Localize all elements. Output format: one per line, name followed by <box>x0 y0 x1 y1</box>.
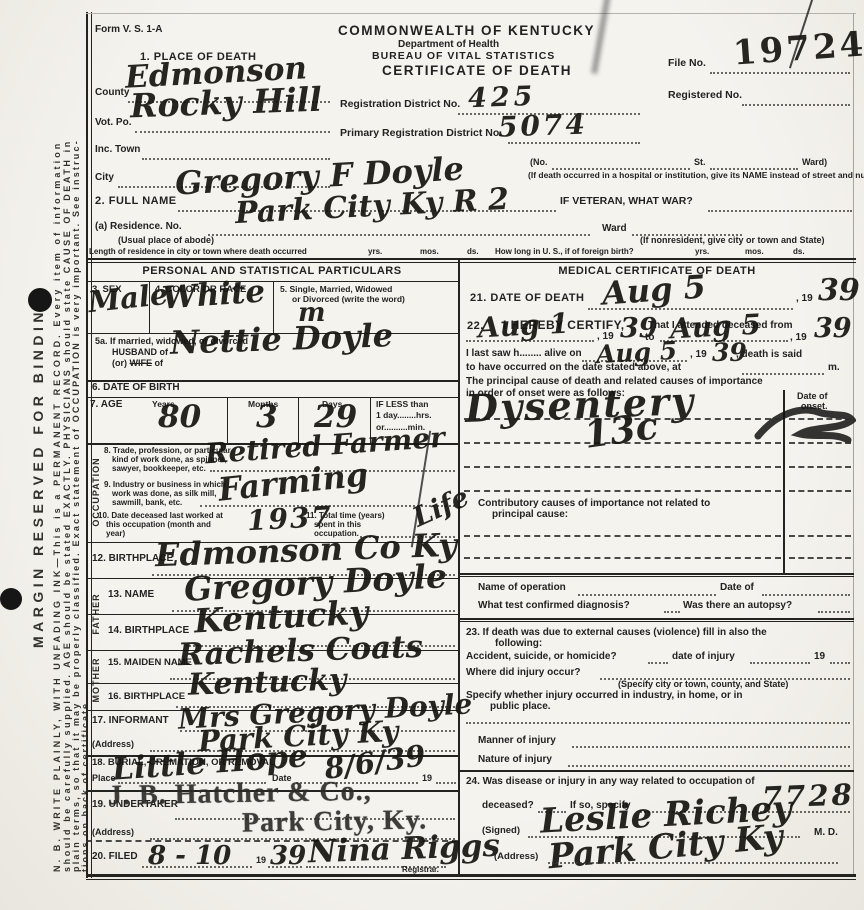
file-no-value: 19724 <box>732 27 864 70</box>
ds-label: ds. <box>467 248 479 256</box>
spouse-label-3: (or) WIFE of <box>112 359 163 368</box>
dot-leader <box>750 662 810 664</box>
filed-label: 20. FILED <box>92 852 138 863</box>
dot-leader <box>436 782 456 784</box>
test-label: What test confirmed diagnosis? <box>478 601 630 612</box>
race-value: White <box>161 276 266 314</box>
street-hint-no: (No. <box>530 158 548 167</box>
form-number: Form V. S. 1-A <box>95 25 162 36</box>
contributory-label-2: principal cause: <box>492 510 568 521</box>
cause-of-death-value: Dysentery <box>464 382 695 428</box>
dob-label: 6. DATE OF BIRTH <box>92 383 180 394</box>
operation-date-label: Date of <box>720 583 754 594</box>
age-years-value: 80 <box>158 402 201 433</box>
cause-line <box>789 557 851 559</box>
punch-hole <box>28 288 52 312</box>
father-name-label: 13. NAME <box>108 590 154 601</box>
registered-no-label: Registered No. <box>668 90 742 101</box>
occupation-question-label: 24. Was disease or injury in any way rel… <box>466 777 755 788</box>
age-less-line1: IF LESS than <box>376 400 428 409</box>
how-long-us-label: How long in U. S., if of foreign birth? <box>495 248 634 256</box>
commonwealth-title: COMMONWEALTH OF KENTUCKY <box>338 24 595 38</box>
bureau-line: BUREAU OF VITAL STATISTICS <box>372 51 555 62</box>
personal-section-title: PERSONAL AND STATISTICAL PARTICULARS <box>86 266 458 278</box>
dot-leader <box>208 234 590 236</box>
registration-district-value: 425 <box>468 83 537 112</box>
form-top-border <box>86 13 856 14</box>
date-of-death-value: Aug 5 <box>601 270 707 309</box>
dot-leader <box>710 72 850 74</box>
yrs-label: yrs. <box>695 248 709 256</box>
dot-leader <box>664 611 680 613</box>
trade-label-3: sawyer, bookkeeper, etc. <box>112 465 206 473</box>
deceased-label: deceased? <box>482 801 534 812</box>
signed-address-label: (Address) <box>494 852 538 862</box>
contributory-label-1: Contributory causes of importance not re… <box>478 499 710 510</box>
cause-line <box>789 490 851 492</box>
dot-leader <box>548 862 838 864</box>
m-label: m. <box>828 363 840 374</box>
street-hint-ward: Ward) <box>802 158 827 167</box>
dot-leader <box>578 594 716 596</box>
form-bottom-border-inner <box>86 879 856 880</box>
county-label: County <box>95 88 129 99</box>
burial-year-prefix: 19 <box>422 774 432 783</box>
external-label-1: 23. If death was due to external causes … <box>466 628 767 639</box>
dot-leader <box>762 594 850 596</box>
voting-precinct-value: Rocky Hill <box>129 83 322 123</box>
dot-leader <box>708 210 852 212</box>
voting-precinct-label: Vot. Po. <box>95 118 131 129</box>
injury-date-label: date of injury <box>672 652 735 663</box>
cause-code-value: 13c <box>582 407 660 454</box>
spouse-wife-struck: WIFE <box>130 358 153 368</box>
ds-label: ds. <box>793 248 805 256</box>
filed-date-value: 8 - 10 <box>148 843 231 869</box>
spouse-or: (or) <box>112 358 127 368</box>
dot-leader <box>268 866 302 868</box>
margin-note-line1: N. B. WRITE PLAINLY, WITH UNFADING INK—T… <box>52 141 62 872</box>
operation-label: Name of operation <box>478 583 566 594</box>
cause-line <box>789 418 851 420</box>
year-printed: , 19 <box>790 333 807 344</box>
mos-label: mos. <box>745 248 764 256</box>
registrar-value: Nina Riggs <box>308 831 501 869</box>
residence-label: (a) Residence. No. <box>95 222 182 233</box>
hospital-note: (If death occurred in a hospital or inst… <box>528 171 864 180</box>
yrs-label: yrs. <box>368 248 382 256</box>
attended-from-value: Aug 1 <box>477 310 569 343</box>
year-printed: , 19 <box>690 350 707 361</box>
cause-line <box>464 557 781 559</box>
spouse-value: Nettie Doyle <box>170 319 394 359</box>
specify-label-1: Specify whether injury occurred in indus… <box>466 691 743 702</box>
occurred-label: to have occurred on the date stated abov… <box>466 363 681 374</box>
form-bottom-border <box>86 874 856 877</box>
dot-leader <box>568 765 850 767</box>
date-of-death-label: 21. DATE OF DEATH <box>470 293 584 305</box>
mother-side-label: MOTHER <box>91 658 101 703</box>
section-line <box>460 618 854 620</box>
cause-line <box>789 535 851 537</box>
industry-label-3: sawmill, bank, etc. <box>112 499 182 507</box>
full-name-label: 2. FULL NAME <box>95 196 177 208</box>
mos-label: mos. <box>420 248 439 256</box>
dot-leader <box>466 722 850 724</box>
informant-label: 17. INFORMANT <box>92 716 169 727</box>
father-birthplace-label: 14. BIRTHPLACE <box>108 626 189 637</box>
external-label-2: following: <box>495 639 542 650</box>
last-saw-label: I last saw h........ alive on <box>466 349 582 360</box>
where-label: Where did injury occur? <box>466 668 580 679</box>
age-months-value: 3 <box>256 402 278 433</box>
age-label: 7. AGE <box>90 400 122 411</box>
city-label: City <box>95 173 114 184</box>
autopsy-label: Was there an autopsy? <box>683 601 792 612</box>
cause-line <box>789 442 851 444</box>
cause-line <box>464 535 781 537</box>
registration-district-label: Registration District No. <box>340 99 460 110</box>
section-line <box>460 770 854 772</box>
certificate-title: CERTIFICATE OF DEATH <box>382 64 572 78</box>
cause-line <box>789 466 851 468</box>
punch-hole <box>0 588 22 610</box>
margin-note-line4: tions on back of certificate. <box>80 697 90 872</box>
length-residence-label: Length of residence in city or town wher… <box>89 248 307 256</box>
inc-town-label: Inc. Town <box>95 145 140 156</box>
death-said-label: , death is said <box>736 350 802 361</box>
mother-birthplace-label: 16. BIRTHPLACE <box>108 692 185 702</box>
nonresident-note: (If nonresident, give city or town and S… <box>640 236 825 245</box>
age-less-line2: 1 day........hrs. <box>376 411 432 420</box>
year-printed: , 19 <box>796 294 813 305</box>
informant-address-label: (Address) <box>92 740 134 749</box>
primary-district-label: Primary Registration District No. <box>340 128 502 139</box>
specify-label-2: public place. <box>490 702 551 713</box>
primary-district-value: 5074 <box>498 110 589 141</box>
column-divider <box>458 258 460 876</box>
veteran-label: IF VETERAN, WHAT WAR? <box>560 196 693 207</box>
dot-leader <box>818 611 850 613</box>
undertaker-address-label: (Address) <box>92 828 134 837</box>
filed-year-prefix: 19 <box>256 856 266 865</box>
signed-label: (Signed) <box>482 826 520 836</box>
spouse-label-2: HUSBAND of <box>112 348 168 357</box>
spouse-of: of <box>155 358 164 368</box>
row-line <box>86 397 458 398</box>
section-line-inner <box>460 576 854 577</box>
injury-year-prefix: 19 <box>814 652 825 663</box>
specify-hint: (Specify city or town, county, and State… <box>618 680 788 689</box>
date-of-death-year: 39 <box>818 276 860 306</box>
form-left-border <box>86 12 88 878</box>
dot-leader <box>830 662 850 664</box>
section-divider <box>86 258 856 260</box>
nature-label: Nature of injury <box>478 755 552 766</box>
accident-label: Accident, suicide, or homicide? <box>466 652 617 663</box>
dot-leader <box>572 746 850 748</box>
registrar-label: Registrar. <box>402 866 439 874</box>
margin-binding-text: MARGIN RESERVED FOR BINDING <box>30 293 46 648</box>
dot-leader <box>742 373 824 375</box>
ward-label: Ward <box>602 224 627 235</box>
md-label: M. D. <box>814 828 838 839</box>
dot-leader <box>742 104 850 106</box>
street-hint-st: St. <box>694 158 706 167</box>
dot-leader <box>648 662 668 664</box>
marital-label-1: 5. Single, Married, Widowed <box>280 285 392 294</box>
section-divider-inner <box>86 262 856 263</box>
department-line: Department of Health <box>398 40 499 51</box>
cause-line <box>464 490 781 492</box>
residence-sub-label: (Usual place of abode) <box>118 236 214 245</box>
section-line-inner <box>460 621 854 622</box>
section-line <box>460 573 854 575</box>
death-certificate-scan: MARGIN RESERVED FOR BINDING N. B. WRITE … <box>0 0 864 910</box>
last-worked-label-3: year) <box>106 530 125 538</box>
cause-line <box>464 466 781 468</box>
manner-label: Manner of injury <box>478 736 556 747</box>
dot-leader <box>135 131 330 133</box>
attended-to-year: 39 <box>814 315 852 342</box>
file-no-label: File No. <box>668 58 706 69</box>
